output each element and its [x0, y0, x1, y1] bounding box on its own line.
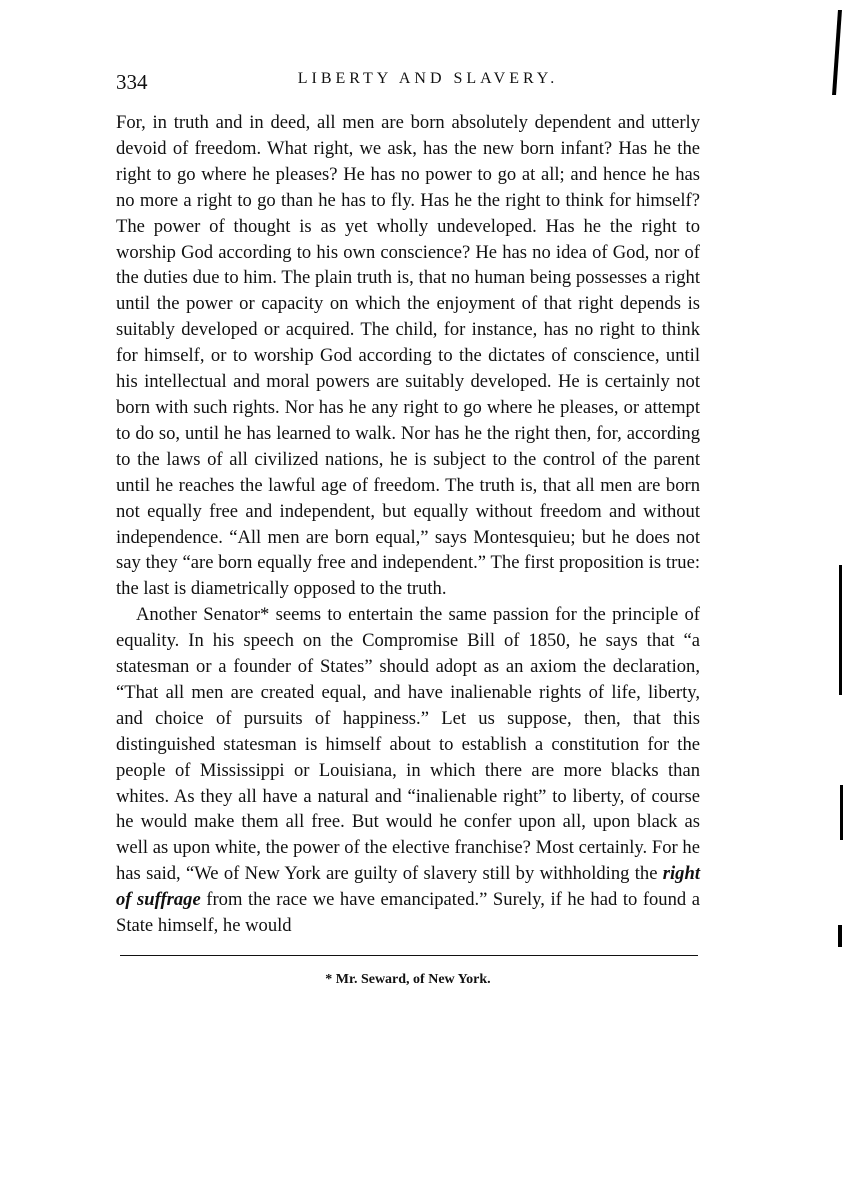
paragraph-2-part-1: Another Senator* seems to entertain the …: [116, 604, 700, 884]
body-text: For, in truth and in deed, all men are b…: [116, 110, 700, 939]
page-header: 334 LIBERTY AND SLAVERY.: [116, 60, 700, 100]
paragraph-2: Another Senator* seems to entertain the …: [116, 602, 700, 939]
scan-edge-mark: [832, 10, 842, 95]
footnote: * Mr. Seward, of New York.: [116, 972, 700, 988]
paragraph-2-part-2: from the race we have emancipated.” Sure…: [116, 889, 700, 936]
scan-edge-mark: [838, 925, 842, 947]
scan-edge-mark: [840, 785, 843, 840]
paragraph-1: For, in truth and in deed, all men are b…: [116, 110, 700, 602]
running-title: LIBERTY AND SLAVERY.: [116, 70, 700, 88]
book-page: 334 LIBERTY AND SLAVERY. For, in truth a…: [116, 60, 700, 988]
scan-edge-mark: [839, 565, 842, 695]
footnote-rule: [120, 955, 698, 956]
